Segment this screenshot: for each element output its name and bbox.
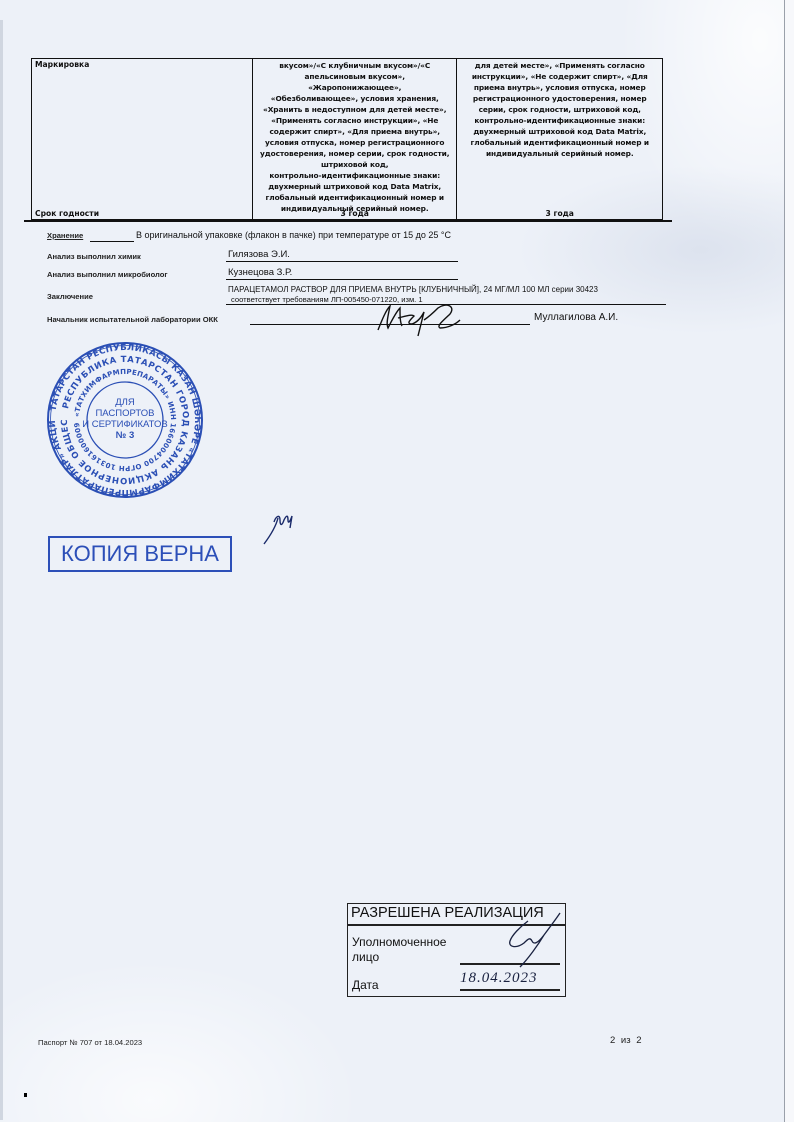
text-line: содержит спирт», «Для приема внутрь»,: [257, 126, 453, 137]
marking-text-col3: для детей месте», «Применять согласно ин…: [457, 60, 662, 159]
text-line: глобальный идентификационный номер и: [257, 192, 453, 203]
passport-number: Паспорт № 707 от 18.04.2023: [38, 1038, 142, 1047]
marking-text-col2: вкусом»/«С клубничным вкусом»/«С апельси…: [253, 60, 457, 214]
text-line: инструкции», «Не содержит спирт», «Для: [461, 71, 658, 82]
sale-approval-box: РАЗРЕШЕНА РЕАЛИЗАЦИЯ Уполномоченное лицо…: [347, 903, 566, 997]
text-line: двухмерный штриховой код Data Matrix,: [257, 181, 453, 192]
text-line: серии, срок годности, штриховой код,: [461, 104, 658, 115]
microbiologist-label: Анализ выполнил микробиолог: [47, 270, 168, 279]
scan-edge-right: [784, 0, 794, 1122]
marking-label: Маркировка: [35, 60, 89, 69]
page-number: 2 из 2: [610, 1035, 642, 1046]
text-line: двухмерный штриховой код Data Matrix,: [461, 126, 658, 137]
company-round-stamp: ТАТАРСТАН РЕСПУБЛИКАСЫ КАЗАН ШӘҺӘРЕ «ТАТ…: [44, 343, 206, 498]
text-line: штриховой код,: [257, 159, 453, 170]
text-line: контрольно-идентификационные знаки:: [257, 170, 453, 181]
table-row-marking: Маркировка Срок годности вкусом»/«С клуб…: [32, 59, 663, 220]
head-of-lab-name: Муллагилова А.И.: [534, 312, 618, 323]
text-line: приема внутрь», условия отпуска, номер: [461, 82, 658, 93]
date-label: Дата: [352, 978, 379, 992]
text-line: «Хранить в недоступном для детей месте»,: [257, 104, 453, 115]
table-cell-col3: для детей месте», «Применять согласно ин…: [457, 59, 663, 220]
shelf-life-label: Срок годности: [35, 209, 99, 218]
microbiologist-underline: [226, 279, 458, 280]
head-signature: [360, 298, 470, 338]
text-line: удостоверения, номер серии, срок годност…: [257, 148, 453, 159]
stamp-line-2: ПАСПОРТОВ: [95, 408, 154, 419]
text-line: «Применять согласно инструкции», «Не: [257, 115, 453, 126]
storage-value: В оригинальной упаковке (флакон в пачке)…: [136, 230, 451, 240]
table-cell-col2: вкусом»/«С клубничным вкусом»/«С апельси…: [252, 59, 457, 220]
text-line: регистрационного удостоверения, номер: [461, 93, 658, 104]
stamp-line-1: ДЛЯ: [115, 397, 135, 408]
text-line: для детей месте», «Применять согласно: [461, 60, 658, 71]
authorized-signature: [498, 909, 568, 969]
conclusion-label: Заключение: [47, 292, 93, 301]
shelf-life-col2: 3 года: [253, 209, 457, 218]
spec-table: Маркировка Срок годности вкусом»/«С клуб…: [31, 58, 663, 220]
chemist-underline: [226, 261, 458, 262]
head-of-lab-label: Начальник испытательной лаборатории ОКК: [47, 315, 218, 324]
stamp-line-3: И СЕРТИФИКАТОВ: [82, 419, 168, 430]
table-bottom-rule: [24, 220, 672, 222]
scan-edge-left: [0, 20, 3, 1120]
stamp-line-4: № 3: [116, 430, 135, 441]
authorized-person-label-2: лицо: [352, 950, 379, 964]
text-line: вкусом»/«С клубничным вкусом»/«С: [257, 60, 453, 71]
shelf-life-col3: 3 года: [457, 209, 662, 218]
authorized-person-label-1: Уполномоченное: [352, 935, 446, 949]
conclusion-line-1: ПАРАЦЕТАМОЛ РАСТВОР ДЛЯ ПРИЕМА ВНУТРЬ [К…: [228, 285, 598, 294]
copy-certified-stamp: КОПИЯ ВЕРНА: [48, 536, 232, 572]
text-line: глобальный идентификационный номер и: [461, 137, 658, 148]
text-line: индивидуальный серийный номер.: [461, 148, 658, 159]
storage-leader-line: [90, 241, 134, 242]
chemist-name: Гилязова Э.И.: [228, 249, 290, 260]
scan-speck: [24, 1093, 27, 1097]
table-cell-label: Маркировка Срок годности: [32, 59, 253, 220]
copy-stamp-signature: [260, 508, 300, 548]
text-line: контрольно-идентификационные знаки:: [461, 115, 658, 126]
microbiologist-name: Кузнецова З.Р.: [228, 267, 292, 278]
storage-label: Хранение: [47, 231, 83, 240]
text-line: апельсиновым вкусом», «Жаропонижающее»,: [257, 71, 453, 93]
chemist-label: Анализ выполнил химик: [47, 252, 141, 261]
text-line: «Обезболивающее», условия хранения,: [257, 93, 453, 104]
text-line: условия отпуска, номер регистрационного: [257, 137, 453, 148]
approval-date: 18.04.2023: [460, 970, 538, 987]
date-line: [460, 989, 560, 991]
